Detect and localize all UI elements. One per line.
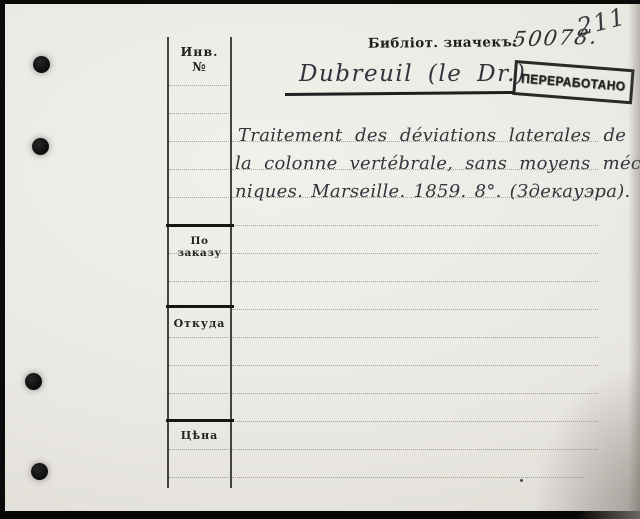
column-rule-line [169, 141, 229, 142]
entry-body-line-1: Traitement des déviations laterales de [238, 125, 626, 146]
inventory-label-line2: № [167, 59, 232, 74]
entry-body-line-3: niques. Marseille. 1859. 8°. (Здекауэра)… [235, 181, 631, 202]
column-rule-line [169, 281, 229, 282]
rule-line [232, 309, 598, 310]
rule-line [232, 337, 598, 338]
library-mark-label: Библіот. значекъ: [368, 34, 518, 52]
column-separator-1 [166, 224, 234, 227]
scan-border-bottom [0, 511, 640, 519]
inventory-label-line1: Инв. [167, 44, 232, 59]
column-rule-line [169, 169, 229, 170]
column-rule-line [169, 113, 229, 114]
column-rule-line [169, 365, 229, 366]
scan-border-top [0, 0, 640, 4]
scan-corner-shadow [530, 361, 640, 511]
column-rule-line [169, 449, 229, 450]
catalog-card-scan: Инв. № По заказу Откуда Цѣна Библіот. зн… [0, 0, 640, 519]
column-separator-2 [166, 305, 234, 308]
origin-label: Откуда [167, 317, 232, 330]
punch-hole-4 [31, 463, 48, 480]
punch-hole-3 [25, 373, 42, 390]
order-label: По заказу [167, 235, 232, 259]
paper-speck [520, 479, 523, 482]
column-separator-3 [166, 419, 234, 422]
column-rule-line [169, 337, 229, 338]
column-rule-line [169, 477, 229, 478]
inventory-number-label: Инв. № [167, 44, 232, 74]
column-rule-line [169, 393, 229, 394]
column-rule-line [169, 85, 229, 86]
rule-line [232, 225, 598, 226]
price-label: Цѣна [167, 429, 232, 442]
scan-border-left [0, 0, 5, 519]
punch-hole-1 [33, 56, 50, 73]
entry-body-line-2: la colonne vertébrale, sans moyens méca- [235, 153, 640, 174]
author-heading: Dubreuil (le Dr.) [299, 61, 526, 87]
rule-line [232, 281, 598, 282]
rule-line [232, 253, 598, 254]
reprocessed-stamp-text: ПЕРЕРАБОТАНО [521, 71, 627, 94]
punch-hole-2 [32, 138, 49, 155]
column-rule-line [169, 197, 229, 198]
